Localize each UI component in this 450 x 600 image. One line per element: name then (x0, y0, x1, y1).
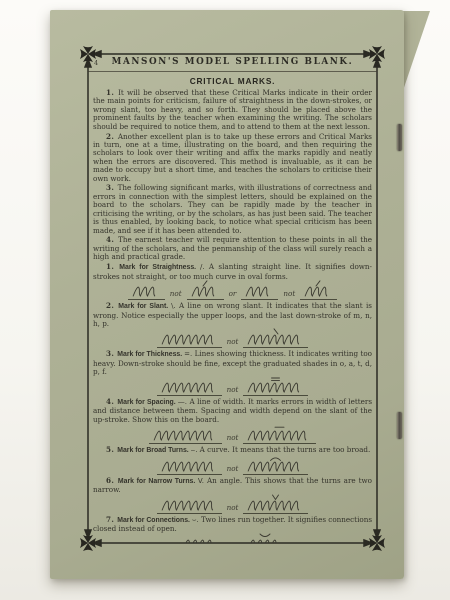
mark-symbol: /. (200, 263, 209, 271)
mark-paragraph: 6. Mark for Narrow Turns. V. An angle. T… (93, 477, 372, 495)
handwriting-word: not (227, 385, 239, 396)
mark-number: 3. (106, 349, 117, 358)
mark-section: 1. Mark for Straightness. /. A slanting … (93, 263, 372, 300)
back-cover-edge (401, 11, 430, 93)
handwriting-example-line: not (93, 378, 372, 396)
correction-mark-icon (274, 329, 278, 334)
mark-number: 1. (106, 262, 119, 271)
mark-paragraph: 2. Mark for Slant. \. A line on wrong sl… (93, 302, 372, 328)
paragraph-text: It will be observed that these Critical … (93, 88, 372, 131)
photo-background: 4 MANSON'S MODEL SPELLING BLANK. CRITICA… (0, 0, 450, 600)
mark-paragraph: 4. Mark for Spacing. —. A line of width.… (93, 398, 372, 424)
mark-paragraph: 7. Mark for Connections. ⌣. Two lines ru… (93, 516, 372, 534)
handwriting-scribble-group (243, 533, 287, 543)
mark-sections: 1. Mark for Straightness. /. A slanting … (93, 263, 372, 543)
handwriting-scribble (246, 376, 305, 395)
handwriting-scribble (160, 455, 219, 474)
handwriting-example-line: not (93, 426, 372, 444)
mark-section: 4. Mark for Spacing. —. A line of width.… (93, 398, 372, 444)
intro-paragraph: 3. The following significant marks, with… (93, 184, 372, 234)
header-rule (88, 71, 377, 72)
mark-symbol: ⌢. (191, 446, 200, 454)
correction-mark-icon (273, 495, 279, 500)
handwriting-scribble (246, 455, 305, 474)
handwriting-scribble-group (243, 494, 308, 514)
handwriting-word: not (227, 542, 239, 543)
handwriting-word: not (170, 289, 182, 300)
handwriting-scribble-group (243, 376, 308, 396)
handwriting-scribble-group (157, 328, 222, 348)
mark-title: Mark for Slant. (118, 303, 171, 310)
correction-mark-icon (316, 281, 320, 286)
mark-section: 3. Mark for Thickness. =. Lines showing … (93, 350, 372, 396)
mark-title: Mark for Spacing. (117, 399, 177, 406)
mark-symbol: V. (198, 477, 207, 485)
mark-title: Mark for Thickness. (117, 351, 184, 358)
handwriting-example-line: not (93, 457, 372, 475)
mark-paragraph: 5. Mark for Broad Turns. ⌢. A curve. It … (93, 446, 372, 455)
page-header: 4 MANSON'S MODEL SPELLING BLANK. (93, 57, 372, 69)
handwriting-scribble-group (157, 376, 222, 396)
mark-number: 7. (106, 515, 117, 524)
handwriting-scribble (303, 280, 334, 299)
mark-symbol: ⌣. (192, 516, 201, 524)
mark-title: Mark for Broad Turns. (117, 447, 190, 454)
handwriting-scribble (152, 424, 219, 443)
staple-icon (397, 124, 402, 151)
handwriting-word: not (227, 503, 239, 514)
handwriting-scribble-group (241, 280, 278, 300)
handwriting-scribble (246, 328, 305, 347)
mark-text: A curve. It means that the turns are too… (200, 445, 371, 454)
handwriting-scribble (244, 280, 275, 299)
correction-mark-icon (272, 378, 280, 381)
correction-mark-icon (271, 457, 281, 460)
handwriting-scribble (160, 376, 219, 395)
mark-symbol: =. (184, 350, 194, 358)
paragraph-text: The following significant marks, with il… (93, 183, 372, 234)
correction-mark-icon (260, 534, 270, 537)
handwriting-scribble-group (187, 280, 224, 300)
handwriting-scribble-group (243, 455, 308, 475)
handwriting-word: or (229, 289, 237, 300)
handwriting-scribble (181, 533, 219, 543)
handwriting-scribble-group (149, 424, 222, 444)
handwriting-word: not (227, 337, 239, 348)
mark-number: 5. (106, 445, 117, 454)
mark-title: Mark for Straightness. (119, 264, 200, 271)
booklet-page: 4 MANSON'S MODEL SPELLING BLANK. CRITICA… (50, 10, 404, 579)
mark-section: 6. Mark for Narrow Turns. V. An angle. T… (93, 477, 372, 514)
intro-paragraph: 2. Another excellent plan is to take up … (93, 133, 372, 183)
handwriting-example-line: not (93, 330, 372, 348)
mark-title: Mark for Narrow Turns. (118, 478, 198, 485)
mark-symbol: —. (178, 398, 190, 406)
handwriting-scribble (246, 494, 305, 513)
printed-page-content: 4 MANSON'S MODEL SPELLING BLANK. CRITICA… (88, 54, 377, 543)
handwriting-scribble-group (243, 424, 316, 444)
mark-paragraph: 1. Mark for Straightness. /. A slanting … (93, 263, 372, 281)
intro-paragraphs: 1. It will be observed that these Critic… (93, 89, 372, 262)
handwriting-scribble (246, 424, 313, 443)
staple-icon (397, 412, 402, 439)
handwriting-scribble (131, 280, 162, 299)
handwriting-word: not (227, 433, 239, 444)
paragraph-text: The earnest teacher will require attenti… (93, 235, 372, 261)
mark-paragraph: 3. Mark for Thickness. =. Lines showing … (93, 350, 372, 376)
page-number: 4 (94, 59, 98, 67)
mark-section: 7. Mark for Connections. ⌣. Two lines ru… (93, 516, 372, 543)
mark-number: 6. (106, 476, 118, 485)
handwriting-example-line: not (93, 535, 372, 543)
handwriting-scribble (160, 494, 219, 513)
handwriting-word: not (283, 289, 295, 300)
handwriting-scribble (190, 280, 221, 299)
mark-title: Mark for Connections. (117, 517, 192, 524)
handwriting-scribble (160, 328, 219, 347)
mark-number: 4. (106, 397, 117, 406)
handwriting-example-line: not (93, 496, 372, 514)
handwriting-scribble (246, 533, 284, 543)
paragraph-text: Another excellent plan is to take up the… (93, 132, 372, 183)
booklet-title: MANSON'S MODEL SPELLING BLANK. (93, 57, 372, 67)
handwriting-scribble-group (157, 494, 222, 514)
handwriting-example-line: notornot (93, 282, 372, 300)
handwriting-scribble-group (243, 328, 308, 348)
handwriting-scribble-group (157, 455, 222, 475)
intro-paragraph: 1. It will be observed that these Critic… (93, 89, 372, 131)
handwriting-scribble-group (300, 280, 337, 300)
mark-section: 5. Mark for Broad Turns. ⌢. A curve. It … (93, 446, 372, 475)
mark-symbol: \. (171, 302, 179, 310)
mark-section: 2. Mark for Slant. \. A line on wrong sl… (93, 302, 372, 348)
correction-mark-icon (203, 281, 207, 286)
handwriting-scribble-group (128, 280, 165, 300)
section-title: CRITICAL MARKS. (93, 76, 372, 86)
handwriting-word: not (227, 464, 239, 475)
handwriting-scribble-group (178, 533, 222, 543)
intro-paragraph: 4. The earnest teacher will require atte… (93, 236, 372, 261)
mark-number: 2. (106, 301, 118, 310)
